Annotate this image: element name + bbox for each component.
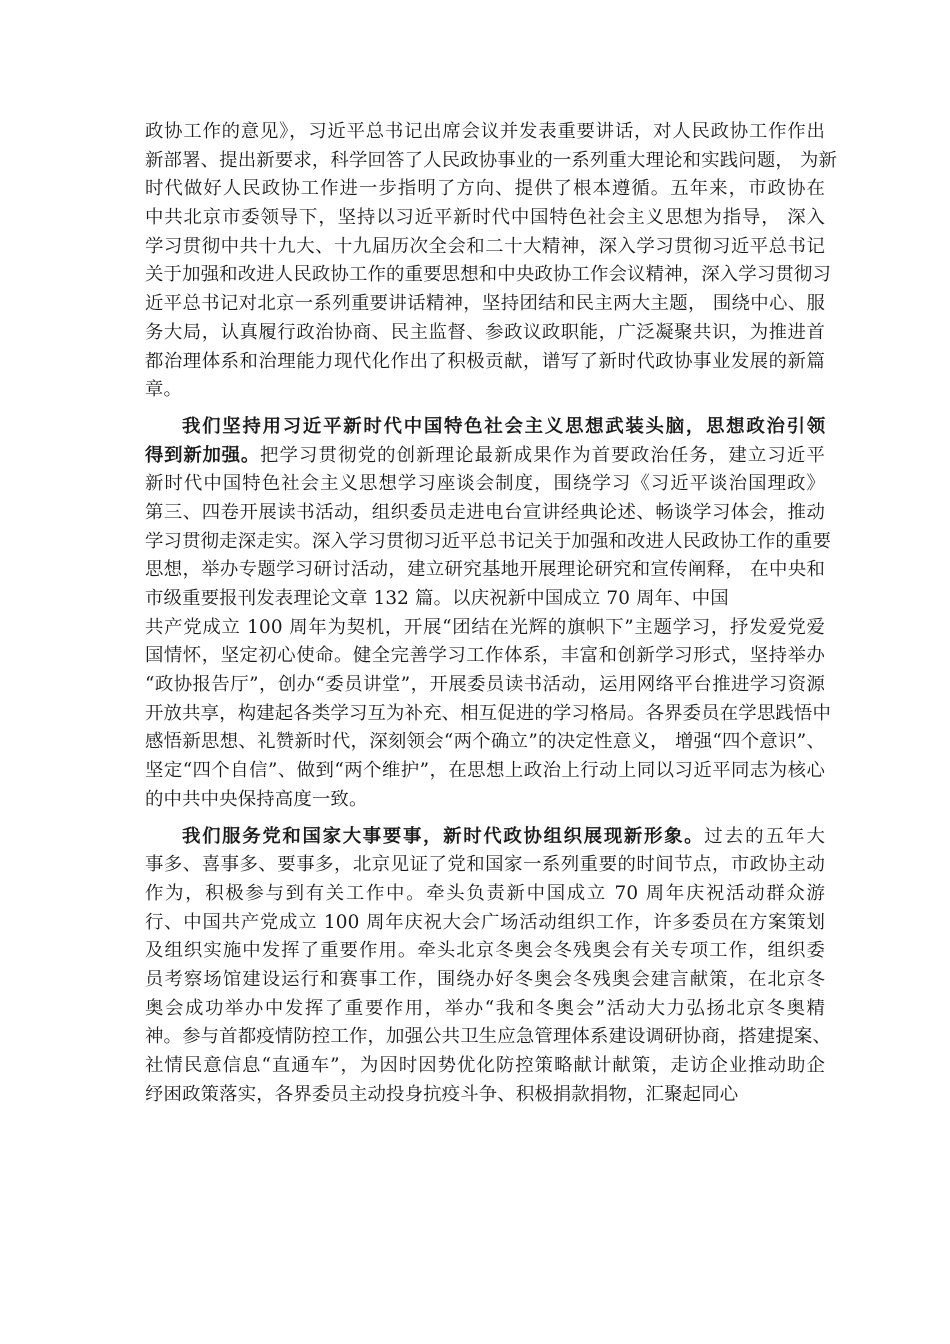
text-line: 的中共中央保持高度一致。	[145, 786, 825, 815]
text-line: 坚定“四个自信”、做到“两个维护”，在思想上政治上行动上同以习近平同志为核心	[145, 757, 825, 786]
text-line: 新时代中国特色社会主义思想学习座谈会制度，围绕学习《习近平谈治国理政》	[145, 470, 825, 499]
text-line: 神。参与首都疫情防控工作，加强公共卫生应急管理体系建设调研协商，搭建提案、	[145, 1023, 825, 1052]
text-line: 中共北京市委领导下，坚持以习近平新时代中国特色社会主义思想为指导， 深入	[145, 204, 825, 233]
text-line: 关于加强和改进人民政协工作的重要思想和中央政协工作会议精神，深入学习贯彻习	[145, 261, 825, 290]
paragraph-service: 我们服务党和国家大事要事，新时代政协组织展现新形象。过去的五年大 事多、喜事多、…	[145, 823, 825, 1110]
paragraph-ideology: 我们坚持用习近平新时代中国特色社会主义思想武装头脑，思想政治引领 得到新加强。把…	[145, 413, 825, 815]
section-text-start: 过去的五年大	[704, 826, 825, 847]
section-text-start: 把学习贯彻党的创新理论最新成果作为首要政治任务，建立习近平	[260, 445, 825, 466]
text-line: 学习贯彻中共十九大、十九届历次全会和二十大精神，深入学习贯彻习近平总书记	[145, 233, 825, 262]
text-line: 作为，积极参与到有关工作中。牵头负责新中国成立 70 周年庆祝活动群众游	[145, 880, 825, 909]
text-line: “政协报告厅”，创办“委员讲堂”，开展委员读书活动，运用网络平台推进学习资源	[145, 671, 825, 700]
paragraph-intro: 政协工作的意见》，习近平总书记出席会议并发表重要讲话，对人民政协工作作出 新部署…	[145, 118, 825, 405]
text-line: 市级重要报刊发表理论文章 132 篇。以庆祝新中国成立 70 周年、中国	[145, 585, 825, 614]
paragraph-gap	[145, 815, 825, 823]
text-line: 我们服务党和国家大事要事，新时代政协组织展现新形象。过去的五年大	[145, 823, 825, 852]
text-line: 共产党成立 100 周年为契机，开展“团结在光辉的旗帜下”主题学习，抒发爱党爱	[145, 614, 825, 643]
document-page: 政协工作的意见》，习近平总书记出席会议并发表重要讲话，对人民政协工作作出 新部署…	[0, 0, 950, 1344]
text-line: 第三、四卷开展读书活动，组织委员走进电台宣讲经典论述、畅谈学习体会，推动	[145, 499, 825, 528]
text-line: 社情民意信息“直通车”，为因时因势优化防控策略献计献策，走访企业推动助企	[145, 1052, 825, 1081]
text-line: 纾困政策落实，各界委员主动投身抗疫斗争、积极捐款捐物，汇聚起同心	[145, 1081, 825, 1110]
text-line: 及组织实施中发挥了重要作用。牵头北京冬奥会冬残奥会有关专项工作，组织委	[145, 937, 825, 966]
section-heading-end: 得到新加强。	[145, 445, 260, 466]
text-line: 思想，举办专题学习研讨活动，建立研究基地开展理论研究和宣传阐释， 在中央和	[145, 556, 825, 585]
text-line: 都治理体系和治理能力现代化作出了积极贡献，谱写了新时代政协事业发展的新篇	[145, 348, 825, 377]
text-line: 奥会成功举办中发挥了重要作用，举办“我和冬奥会”活动大力弘扬北京冬奥精	[145, 995, 825, 1024]
section-heading: 我们坚持用习近平新时代中国特色社会主义思想武装头脑，思想政治引领	[145, 413, 825, 442]
text-line: 近平总书记对北京一系列重要讲话精神，坚持团结和民主两大主题， 围绕中心、服	[145, 290, 825, 319]
text-line: 员考察场馆建设运行和赛事工作，围绕办好冬奥会冬残奥会建言献策，在北京冬	[145, 966, 825, 995]
text-line: 感悟新思想、礼赞新时代，深刻领会“两个确立”的决定性意义， 增强“四个意识”、	[145, 728, 825, 757]
text-line: 政协工作的意见》，习近平总书记出席会议并发表重要讲话，对人民政协工作作出	[145, 118, 825, 147]
text-line: 事多、喜事多、要事多，北京见证了党和国家一系列重要的时间节点，市政协主动	[145, 851, 825, 880]
text-line: 行、中国共产党成立 100 周年庆祝大会广场活动组织工作，许多委员在方案策划	[145, 909, 825, 938]
text-line: 开放共享，构建起各类学习互为补充、相互促进的学习格局。各界委员在学思践悟中	[145, 700, 825, 729]
text-line: 得到新加强。把学习贯彻党的创新理论最新成果作为首要政治任务，建立习近平	[145, 442, 825, 471]
text-line: 章。	[145, 376, 825, 405]
text-line: 学习贯彻走深走实。深入学习贯彻习近平总书记关于加强和改进人民政协工作的重要	[145, 528, 825, 557]
paragraph-gap	[145, 405, 825, 413]
text-line: 时代做好人民政协工作进一步指明了方向、提供了根本遵循。五年来，市政协在	[145, 175, 825, 204]
text-line: 务大局，认真履行政治协商、民主监督、参政议政职能，广泛凝聚共识，为推进首	[145, 319, 825, 348]
text-line: 国情怀，坚定初心使命。健全完善学习工作体系，丰富和创新学习形式，坚持举办	[145, 642, 825, 671]
document-body: 政协工作的意见》，习近平总书记出席会议并发表重要讲话，对人民政协工作作出 新部署…	[145, 118, 825, 1109]
section-heading: 我们服务党和国家大事要事，新时代政协组织展现新形象。	[182, 826, 704, 847]
text-line: 新部署、提出新要求，科学回答了人民政协事业的一系列重大理论和实践问题， 为新	[145, 147, 825, 176]
